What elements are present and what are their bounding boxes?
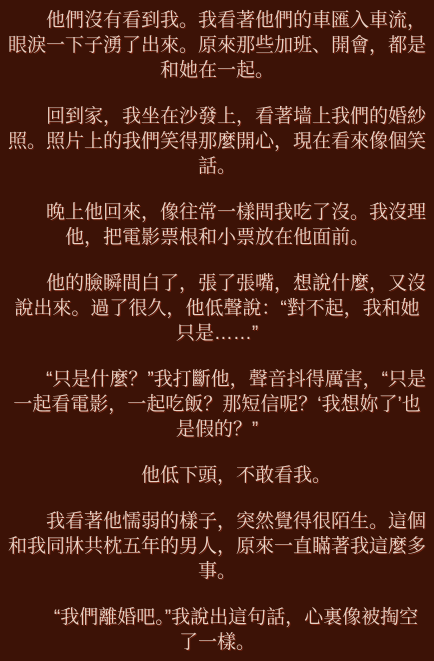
story-paragraph: 他低下頭，不敢看我。: [7, 463, 427, 488]
novel-reader-page: 他們沒有看到我。我看著他們的車匯入車流，眼淚一下子湧了出來。原來那些加班、開會，…: [0, 0, 434, 661]
story-paragraph: 回到家，我坐在沙發上，看著墙上我們的婚紗照。照片上的我們笑得那麼開心，現在看來像…: [7, 104, 427, 179]
story-paragraph: 他們沒有看到我。我看著他們的車匯入車流，眼淚一下子湧了出來。原來那些加班、開會，…: [7, 8, 427, 83]
story-paragraph: 他的臉瞬間白了，張了張嘴，想說什麼，又沒說出來。過了很久，他低聲說：“對不起，我…: [7, 271, 427, 346]
story-paragraph: “只是什麼？”我打斷他，聲音抖得厲害，“只是一起看電影，一起吃飯？那短信呢？‘我…: [7, 367, 427, 442]
story-paragraph: 我看著他懦弱的樣子，突然覺得很陌生。這個和我同牀共枕五年的男人，原來一直瞞著我這…: [7, 509, 427, 584]
story-paragraph: “我們離婚吧。”我說出這句話，心裏像被掏空了一樣。: [7, 605, 427, 655]
story-paragraph: 晚上他回來，像往常一樣問我吃了沒。我沒理他，把電影票根和小票放在他面前。: [7, 200, 427, 250]
